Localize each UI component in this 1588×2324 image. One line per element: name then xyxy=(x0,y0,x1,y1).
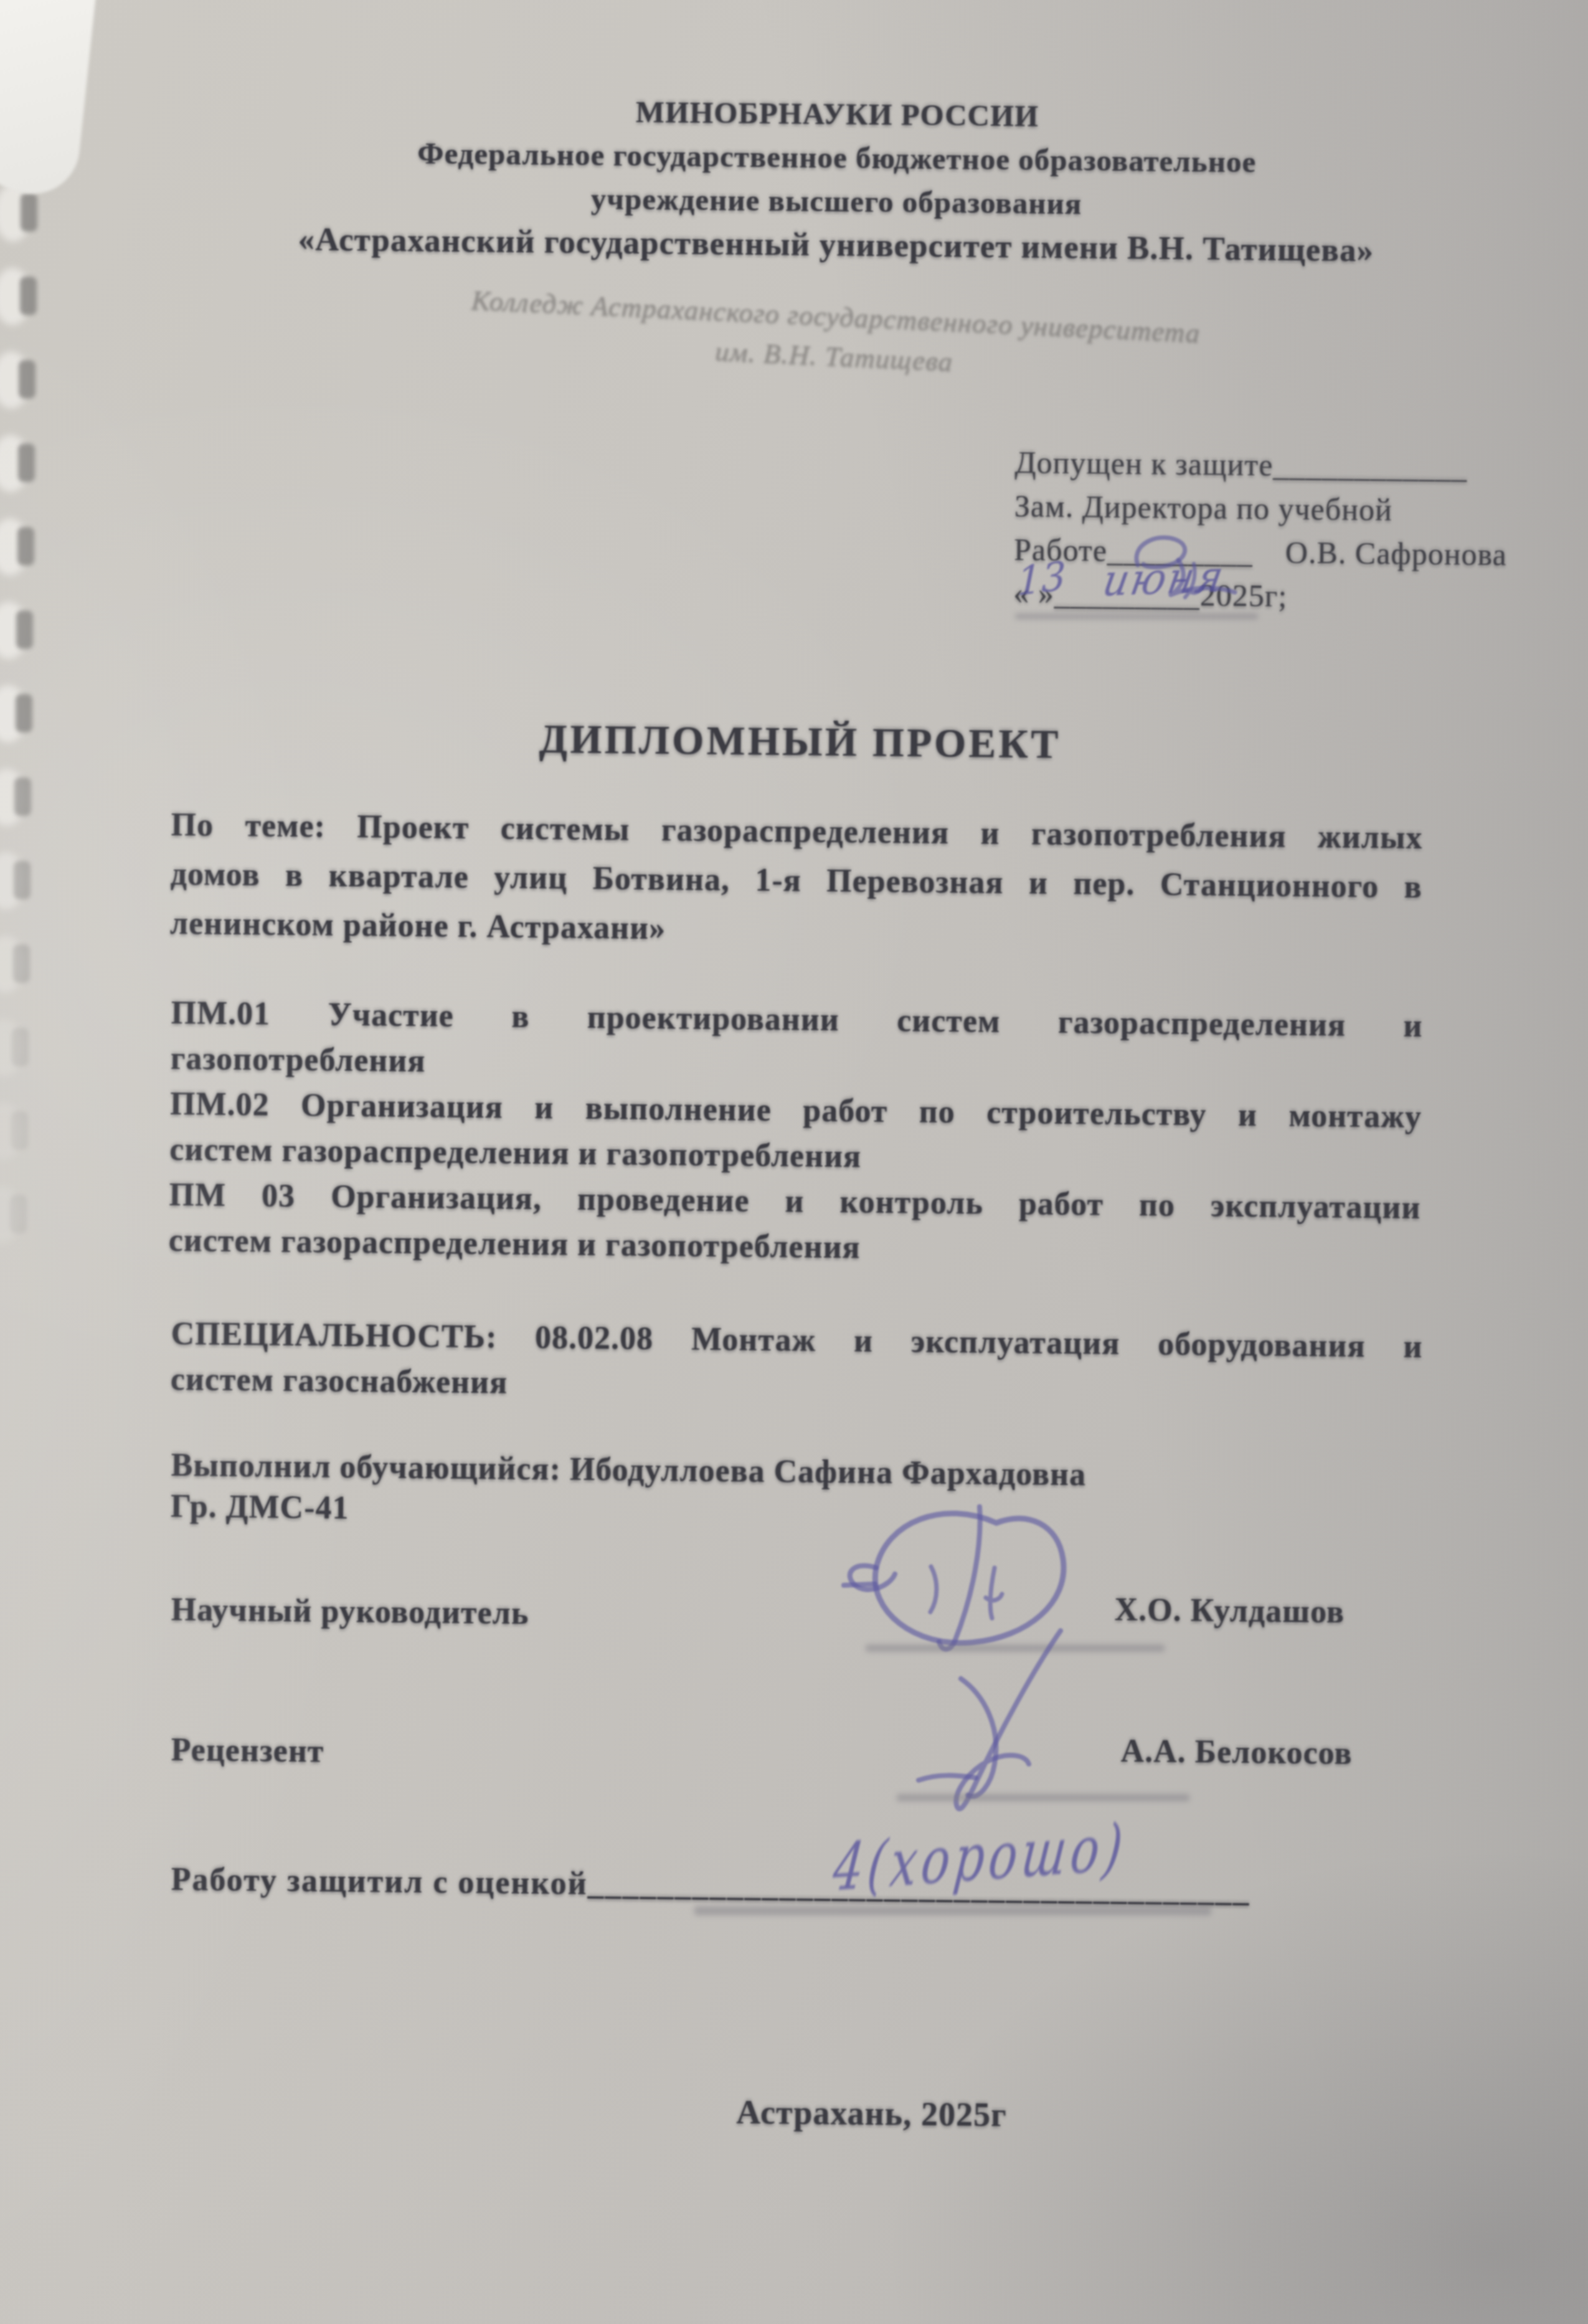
student-block: Выполнил обучающийся: Ибодуллоева Сафина… xyxy=(171,1445,1423,1540)
handwritten-month: июня xyxy=(1099,552,1229,606)
work-signature-line: Работе_________О.В. Сафронова xyxy=(1014,528,1550,577)
reviewer-name: А.А. Белокосов xyxy=(1120,1733,1352,1772)
ministry-header: МИНОБРНАУКИ РОССИИ Федеральное государст… xyxy=(42,84,1588,275)
binder-hole xyxy=(18,443,35,482)
specialty-block: СПЕЦИАЛЬНОСТЬ: 08.02.08 Монтаж и эксплуа… xyxy=(170,1311,1422,1415)
handwritten-day: 13 xyxy=(1017,553,1067,605)
binder-hole xyxy=(14,777,31,816)
binder-hole xyxy=(10,1195,27,1233)
college-affiliate: Колледж Астраханского государственного у… xyxy=(40,260,1588,412)
theme-paragraph: По теме: Проект системы газораспределени… xyxy=(170,800,1423,961)
scanned-page: МИНОБРНАУКИ РОССИИ Федеральное государст… xyxy=(0,0,1588,2324)
modules-block: ПМ.01 Участие в проектировании систем га… xyxy=(168,990,1422,1276)
deputy-director-line: Зам. Директора по учебной xyxy=(1014,484,1551,533)
grade-underline-smudge xyxy=(694,1906,1211,1915)
defense-label: Работу защитил с оценкой xyxy=(171,1862,588,1902)
city-year: Астрахань, 2025г xyxy=(155,2087,1588,2140)
supervisor-label: Научный руководитель xyxy=(171,1591,529,1632)
binder-hole xyxy=(21,193,37,232)
supervisor-name: Х.О. Кулдашов xyxy=(1114,1591,1345,1631)
binder-hole xyxy=(13,944,30,983)
reviewer-underline-smudge xyxy=(897,1794,1189,1801)
approver-name: О.В. Сафронова xyxy=(1285,535,1507,572)
supervisor-underline-smudge xyxy=(866,1644,1165,1652)
binder-hole xyxy=(14,861,31,899)
reviewer-label: Рецензент xyxy=(171,1732,324,1770)
admitted-line: Допущен к защите____________ xyxy=(1014,440,1551,490)
approval-block: Допущен к защите____________ Зам. Директ… xyxy=(1013,440,1551,620)
date-underline-smudge xyxy=(1015,614,1258,619)
binder-hole xyxy=(19,360,35,399)
binder-hole xyxy=(16,610,33,649)
document-title: ДИПЛОМНЫЙ ПРОЕКТ xyxy=(6,710,1588,774)
binder-hole xyxy=(17,527,34,566)
binder-hole xyxy=(11,1111,28,1150)
defense-grade-line: Работу защитил с оценкой________________… xyxy=(171,1861,1479,1912)
binder-hole xyxy=(12,1028,29,1066)
binder-hole xyxy=(20,277,37,315)
